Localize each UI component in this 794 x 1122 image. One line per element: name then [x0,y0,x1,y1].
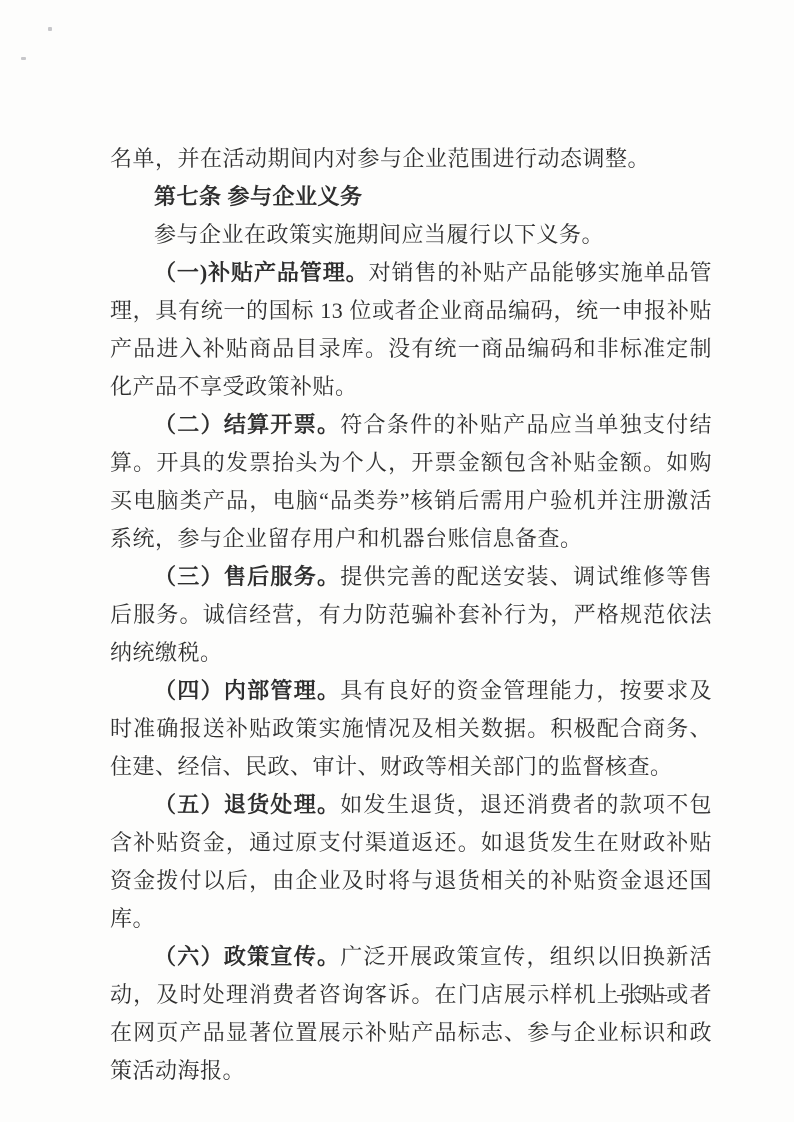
list-item-5: （五）退货处理。如发生退货，退还消费者的款项不包含补贴资金，通过原支付渠道返还。… [110,786,712,938]
page-number: – 5 – [617,984,670,1006]
scan-speck [48,27,52,31]
list-item-4: （四）内部管理。具有良好的资金管理能力，按要求及时准确报送补贴政策实施情况及相关… [110,672,712,786]
item-label: （四）内部管理。 [154,678,340,703]
list-item-2: （二）结算开票。符合条件的补贴产品应当单独支付结算。开具的发票抬头为个人，开票金… [110,406,712,558]
continuation-paragraph: 名单，并在活动期间内对参与企业范围进行动态调整。 [110,140,712,178]
item-label: （一)补贴产品管理。 [154,260,369,285]
item-label: （五）退货处理。 [154,792,340,817]
item-label: （六）政策宣传。 [154,944,340,969]
document-page: 名单，并在活动期间内对参与企业范围进行动态调整。 第七条 参与企业义务 参与企业… [0,0,794,1122]
intro-paragraph: 参与企业在政策实施期间应当履行以下义务。 [110,216,712,254]
list-item-1: （一)补贴产品管理。对销售的补贴产品能够实施单品管理，具有统一的国标 13 位或… [110,254,712,406]
list-item-6: （六）政策宣传。广泛开展政策宣传，组织以旧换新活动，及时处理消费者咨询客诉。在门… [110,938,712,1090]
item-label: （二）结算开票。 [154,412,340,437]
document-body: 名单，并在活动期间内对参与企业范围进行动态调整。 第七条 参与企业义务 参与企业… [110,140,712,1090]
item-label: （三）售后服务。 [154,564,340,589]
scan-speck [21,57,26,60]
article-heading: 第七条 参与企业义务 [110,178,712,216]
list-item-3: （三）售后服务。提供完善的配送安装、调试维修等售后服务。诚信经营，有力防范骗补套… [110,558,712,672]
